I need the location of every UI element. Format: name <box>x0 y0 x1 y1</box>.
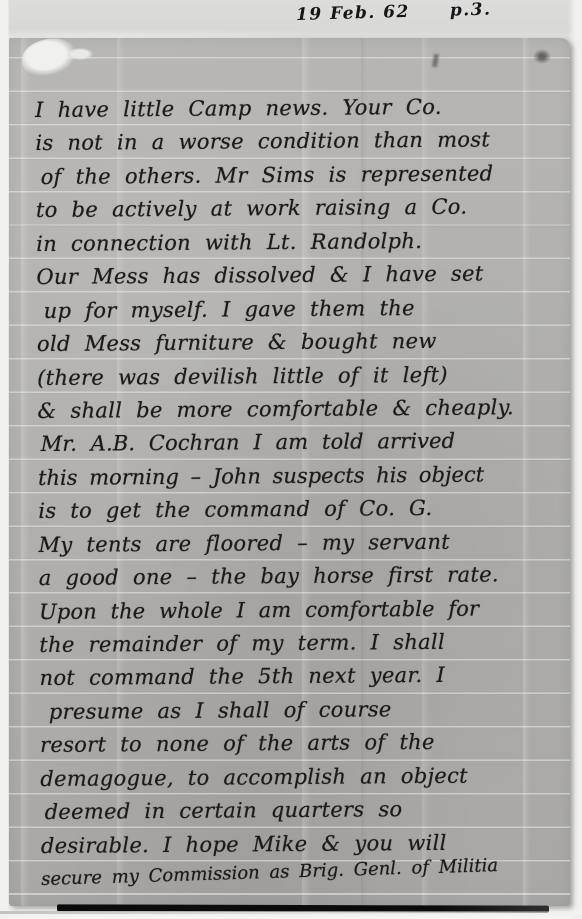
handwriting-line: a good one – the bay horse first rate. <box>39 558 568 596</box>
ink-smudge-spot <box>533 49 551 64</box>
handwriting-line: old Mess furniture & bought new <box>37 324 566 362</box>
handwriting-line: is not in a worse condition than most <box>35 123 564 161</box>
handwriting-line: Mr. A.B. Cochran I am told arrived <box>41 424 567 462</box>
handwriting-line: of the others. Mr Sims is represented <box>41 157 565 195</box>
handwriting-line: this morning – John suspects his object <box>38 458 567 496</box>
scanner-bed-edge <box>0 911 582 914</box>
handwriting-line: to be actively at work raising a Co. <box>36 190 565 228</box>
handwriting-line: Our Mess has dissolved & I have set <box>36 257 565 295</box>
handwriting-line: up for myself. I gave them the <box>44 290 566 328</box>
handwriting-line: is to get the command of Co. G. <box>38 491 567 529</box>
handwriting-line: the remainder of my term. I shall <box>39 625 568 663</box>
handwriting-line: & shall be more comfortable & cheaply. <box>37 391 566 429</box>
paper-tear-small <box>67 48 93 60</box>
handwriting-lines: I have little Camp news. Your Co. is not… <box>35 90 570 897</box>
handwriting-line: My tents are floored – my servant <box>38 525 567 563</box>
handwriting-line: deemed in certain quarters so <box>45 792 570 830</box>
page-number-note: p.3. <box>450 0 492 21</box>
handwriting-line: presume as I shall of course <box>49 692 569 730</box>
handwriting-line: resort to none of the arts of the <box>40 725 569 763</box>
scanned-letter-page: 19 Feb. 62 p.3. I have little Camp news.… <box>0 0 582 919</box>
letter-paper: I have little Camp news. Your Co. is not… <box>9 38 570 906</box>
handwriting-line: not command the 5th next year. I <box>39 658 568 696</box>
handwriting-line: demagogue, to accomplish an object <box>40 759 569 797</box>
handwriting-line: Upon the whole I am comfortable for <box>39 591 568 629</box>
handwriting-line: (there was devilish little of it left) <box>37 357 566 395</box>
handwriting-line: I have little Camp news. Your Co. <box>35 90 564 128</box>
header-annotation: 19 Feb. 62 p.3. <box>296 0 576 25</box>
handwriting-line: in connection with Lt. Randolph. <box>36 224 565 262</box>
date-note: 19 Feb. 62 <box>296 2 410 25</box>
